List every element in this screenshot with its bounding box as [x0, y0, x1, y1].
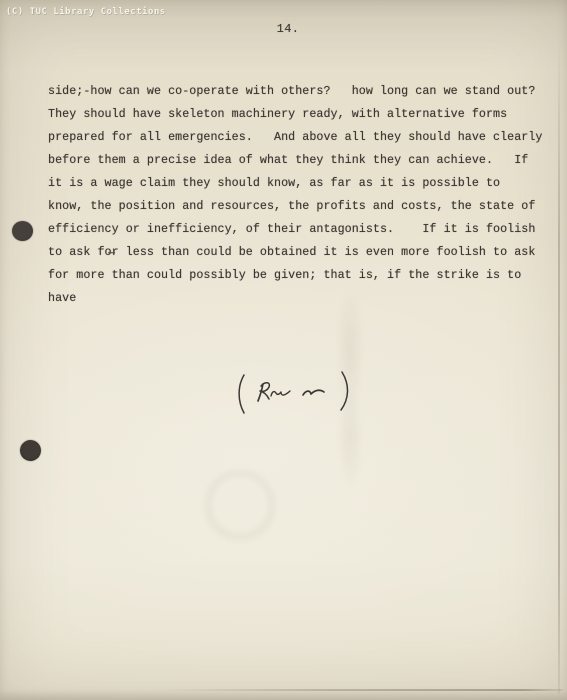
handwriting-strokes [234, 369, 356, 419]
page-right-edge [558, 40, 560, 694]
handwritten-run-on-note: ( Run on ) [234, 369, 356, 419]
typed-line: for more than could possibly be given; t… [48, 264, 553, 287]
punch-hole-dot [12, 221, 33, 241]
scanned-document-page: { "page": { "watermark": "(C) TUC Librar… [0, 0, 567, 700]
typed-line: have [48, 287, 553, 310]
typed-line: They should have skeleton machinery read… [48, 103, 553, 126]
typed-line: side;-how can we co-operate with others?… [48, 80, 553, 103]
library-watermark: (C) TUC Library Collections [6, 7, 166, 17]
typed-text-block: side;-how can we co-operate with others?… [48, 80, 553, 310]
show-through-ghost-ring [205, 470, 275, 540]
punch-hole-dot [18, 438, 43, 463]
typed-line: before them a precise idea of what they … [48, 149, 553, 172]
typed-line: know, the position and resources, the pr… [48, 195, 553, 218]
typed-line: it is a wage claim they should know, as … [48, 172, 553, 195]
typed-line: prepared for all emergencies. And above … [48, 126, 553, 149]
typed-line: efficiency or inefficiency, of their ant… [48, 218, 553, 241]
typed-line: to ask fo̶r less than could be obtained … [48, 241, 553, 264]
page-bottom-edge [160, 689, 563, 691]
page-number: 14. [0, 22, 567, 36]
